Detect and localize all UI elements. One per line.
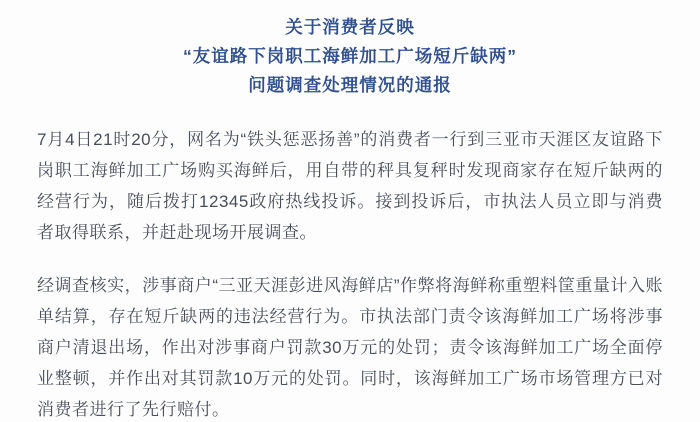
notice-title-line-1: 关于消费者反映 <box>0 13 700 42</box>
notice-title: 关于消费者反映 “友谊路下岗职工海鲜加工广场短斤缺两” 问题调查处理情况的通报 <box>0 0 700 100</box>
notice-title-line-2: “友谊路下岗职工海鲜加工广场短斤缺两” <box>0 42 700 71</box>
notice-paragraph-1: 7月4日21时20分，网名为“铁头惩恶扬善”的消费者一行到三亚市天涯区友谊路下岗… <box>37 124 663 248</box>
notice-document: 关于消费者反映 “友谊路下岗职工海鲜加工广场短斤缺两” 问题调查处理情况的通报 … <box>0 0 700 422</box>
notice-paragraph-2: 经调查核实，涉事商户“三亚天涯彭进风海鲜店”作弊将海鲜称重塑料筐重量计入账单结算… <box>37 270 663 422</box>
notice-body: 7月4日21时20分，网名为“铁头惩恶扬善”的消费者一行到三亚市天涯区友谊路下岗… <box>0 124 700 422</box>
notice-title-line-3: 问题调查处理情况的通报 <box>0 71 700 100</box>
